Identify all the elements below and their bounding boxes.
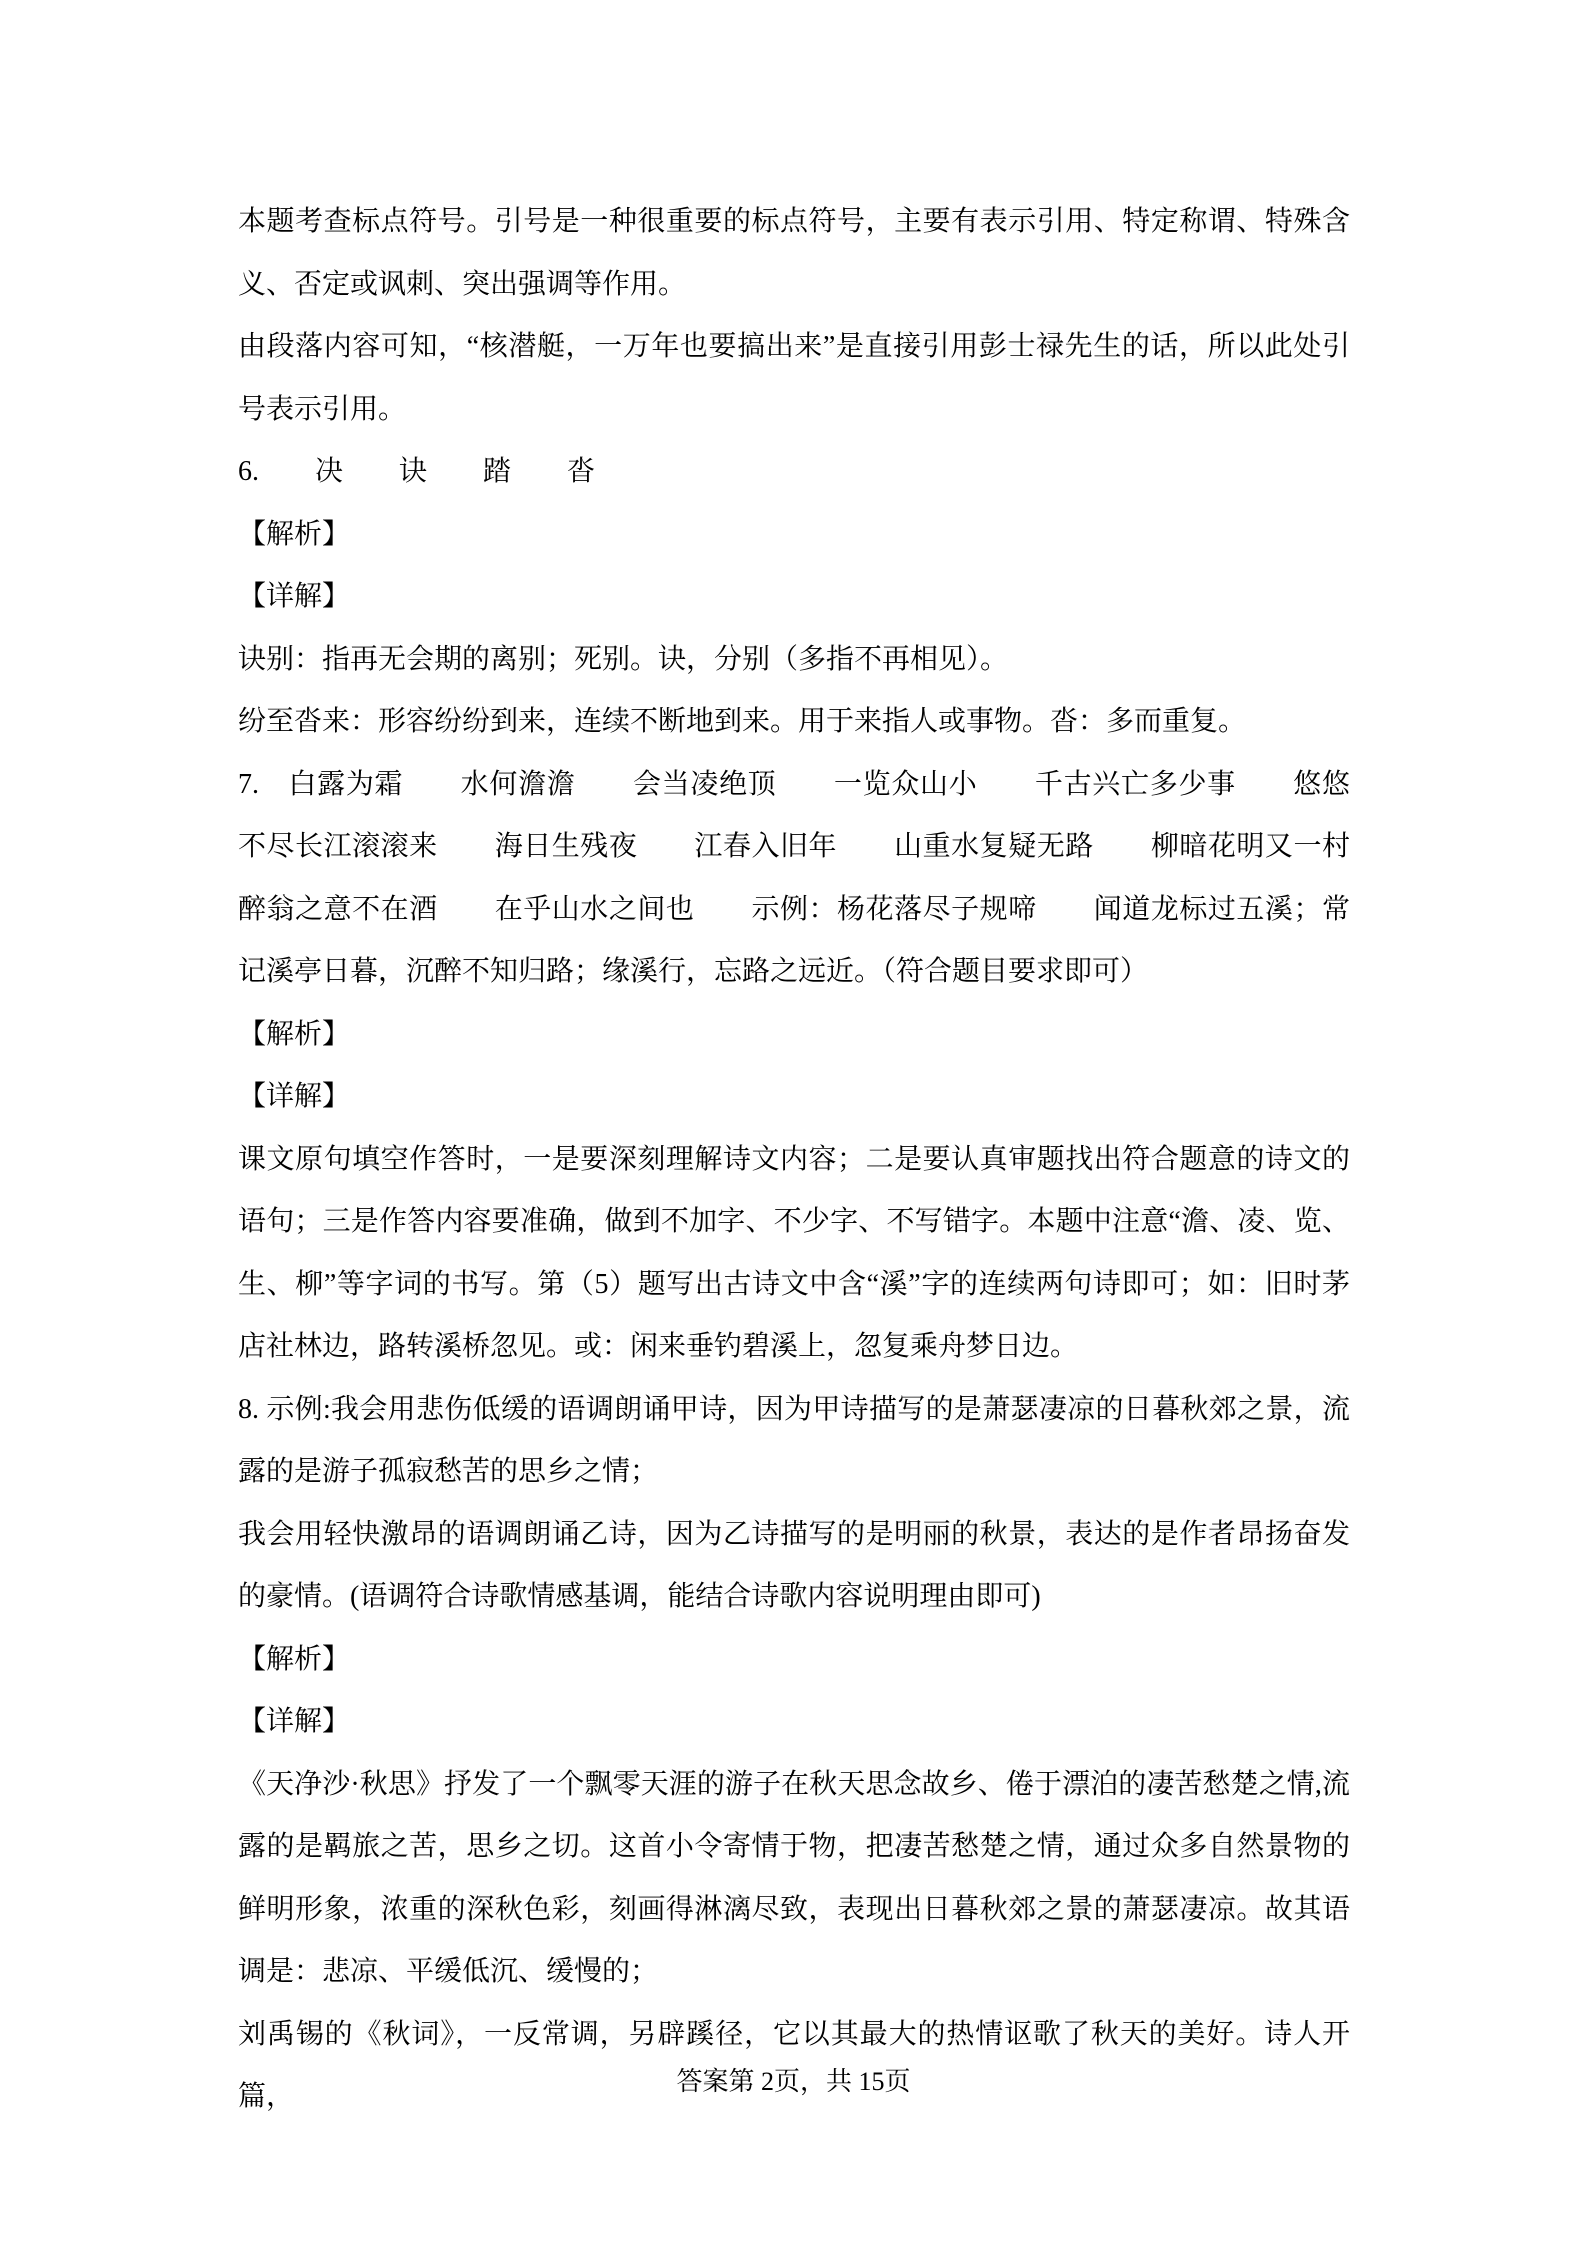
paragraph: 《天净沙·秋思》抒发了一个飘零天涯的游子在秋天思念故乡、倦于漂泊的凄苦愁楚之情,… xyxy=(238,1754,1350,2004)
paragraph: 【解析】 xyxy=(238,1629,1350,1692)
page-footer: 答案第 2页，共 15页 xyxy=(0,2062,1587,2102)
document-content: 本题考查标点符号。引号是一种很重要的标点符号，主要有表示引用、特定称谓、特殊含义… xyxy=(238,191,1350,2129)
paragraph: 【详解】 xyxy=(238,566,1350,629)
paragraph: 7. 白露为霜 水何澹澹 会当凌绝顶 一览众山小 千古兴亡多少事 悠悠 不尽长江… xyxy=(238,754,1350,1004)
paragraph: 【解析】 xyxy=(238,504,1350,567)
paragraph: 由段落内容可知，“核潜艇，一万年也要搞出来”是直接引用彭士禄先生的话，所以此处引… xyxy=(238,316,1350,441)
paragraph: 本题考查标点符号。引号是一种很重要的标点符号，主要有表示引用、特定称谓、特殊含义… xyxy=(238,191,1350,316)
paragraph: 【解析】 xyxy=(238,1004,1350,1067)
paragraph: 6. 决 诀 踏 沓 xyxy=(238,441,1350,504)
document-page: 本题考查标点符号。引号是一种很重要的标点符号，主要有表示引用、特定称谓、特殊含义… xyxy=(0,0,1587,2245)
paragraph: 纷至沓来：形容纷纷到来，连续不断地到来。用于来指人或事物。沓：多而重复。 xyxy=(238,691,1350,754)
paragraph: 课文原句填空作答时，一是要深刻理解诗文内容；二是要认真审题找出符合题意的诗文的语… xyxy=(238,1129,1350,1379)
paragraph: 我会用轻快激昂的语调朗诵乙诗，因为乙诗描写的是明丽的秋景，表达的是作者昂扬奋发的… xyxy=(238,1504,1350,1629)
paragraph: 8. 示例:我会用悲伤低缓的语调朗诵甲诗，因为甲诗描写的是萧瑟凄凉的日暮秋郊之景… xyxy=(238,1379,1350,1504)
paragraph: 【详解】 xyxy=(238,1691,1350,1754)
paragraph: 【详解】 xyxy=(238,1066,1350,1129)
paragraph: 诀别：指再无会期的离别；死别。诀，分别（多指不再相见）。 xyxy=(238,629,1350,692)
